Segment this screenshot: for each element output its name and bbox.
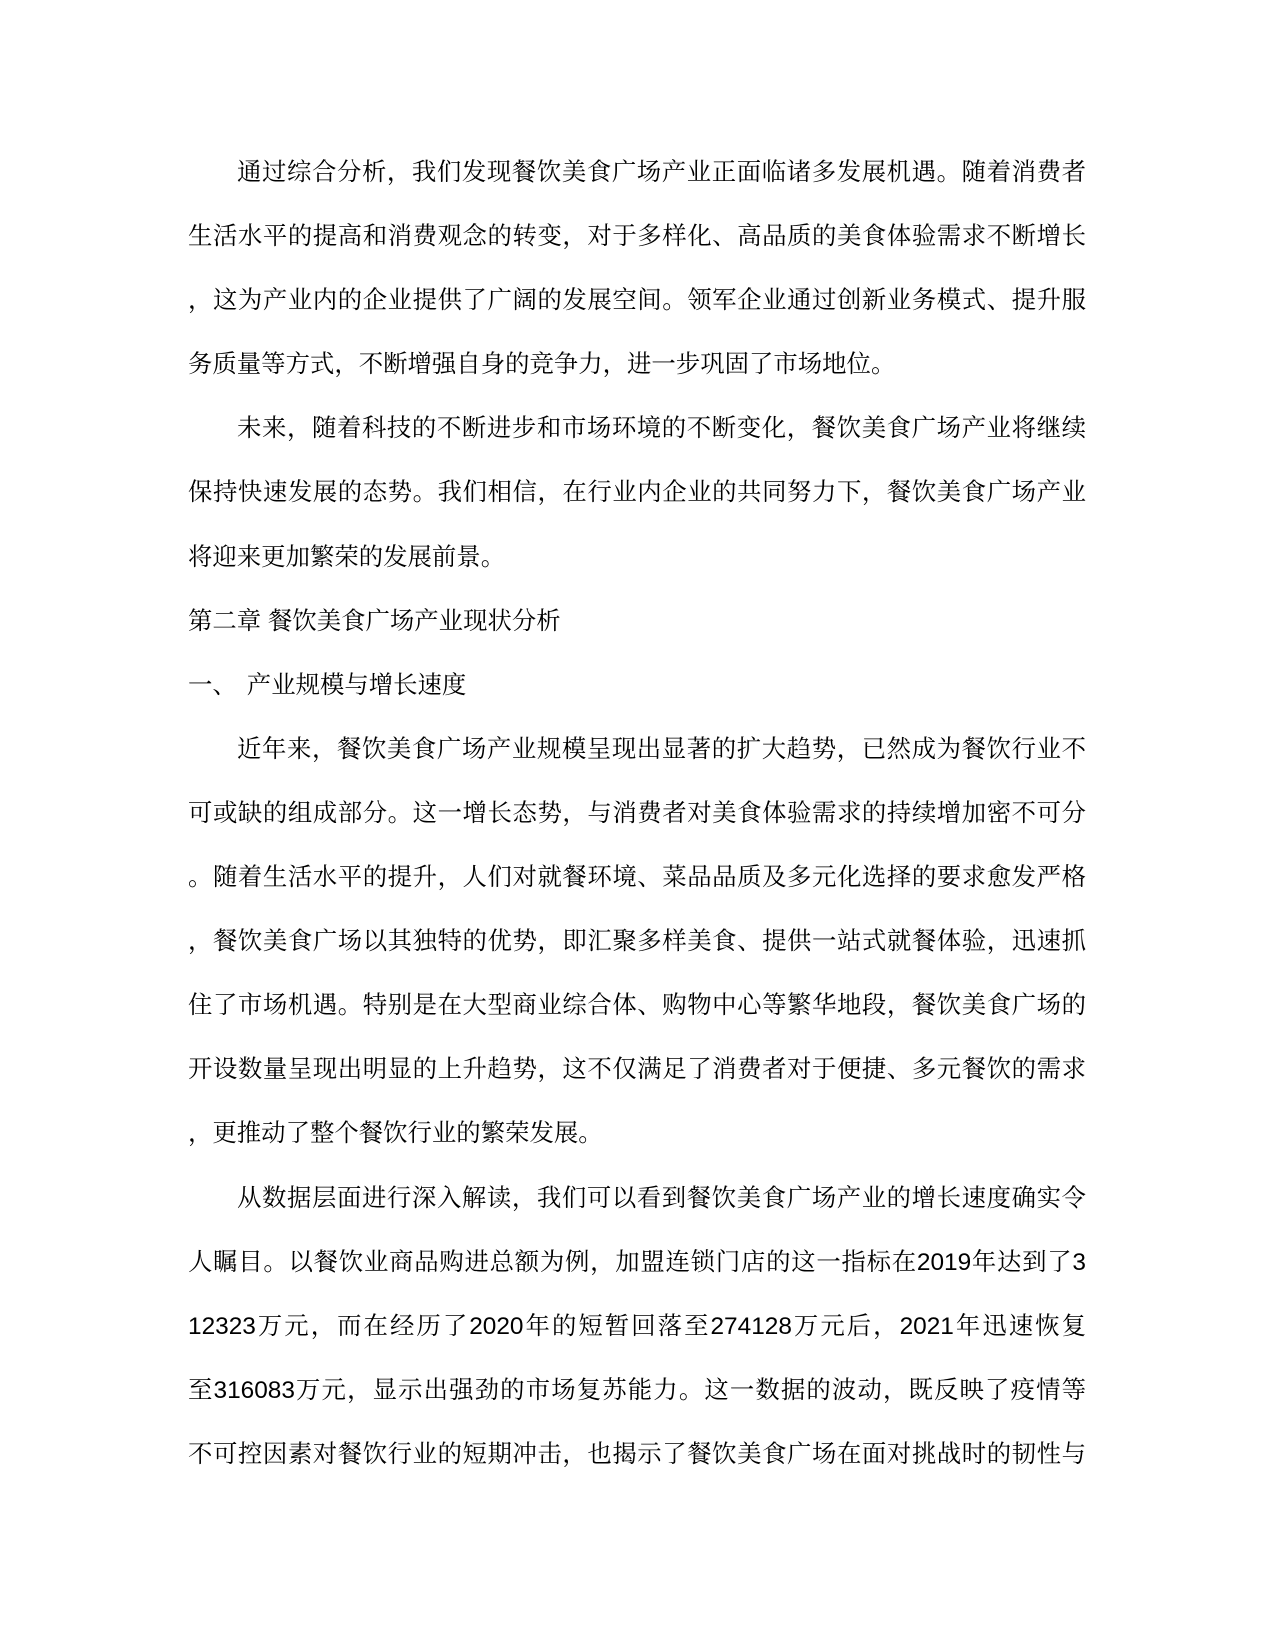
text-line: 至316083万元，显示出强劲的市场复苏能力。这一数据的波动，既反映了疫情等 bbox=[188, 1359, 1086, 1423]
section-title: 产业规模与增长速度 bbox=[247, 672, 467, 699]
text-line: 12323万元，而在经历了2020年的短暂回落至274128万元后，2021年迅… bbox=[188, 1295, 1086, 1359]
section-heading: 一、产业规模与增长速度 bbox=[188, 654, 1086, 718]
text-line: 。随着生活水平的提升，人们对就餐环境、菜品品质及多元化选择的要求愈发严格 bbox=[188, 846, 1086, 910]
section-number: 一、 bbox=[188, 672, 237, 699]
text-line: 不可控因素对餐饮行业的短期冲击，也揭示了餐饮美食广场在面对挑战时的韧性与 bbox=[188, 1423, 1086, 1487]
text-line: 一、产业规模与增长速度 bbox=[188, 654, 1086, 718]
text-line: ，更推动了整个餐饮行业的繁荣发展。 bbox=[188, 1102, 1086, 1166]
paragraph-4: 从数据层面进行深入解读，我们可以看到餐饮美食广场产业的增长速度确实令人瞩目。以餐… bbox=[188, 1167, 1086, 1487]
text-line: 开设数量呈现出明显的上升趋势，这不仅满足了消费者对于便捷、多元餐饮的需求 bbox=[188, 1038, 1086, 1102]
text-line: 保持快速发展的态势。我们相信，在行业内企业的共同努力下，餐饮美食广场产业 bbox=[188, 461, 1086, 525]
paragraph-1: 通过综合分析，我们发现餐饮美食广场产业正面临诸多发展机遇。随着消费者生活水平的提… bbox=[188, 141, 1086, 397]
text-line: 人瞩目。以餐饮业商品购进总额为例，加盟连锁门店的这一指标在2019年达到了3 bbox=[188, 1231, 1086, 1295]
text-line: 未来，随着科技的不断进步和市场环境的不断变化，餐饮美食广场产业将继续 bbox=[188, 397, 1086, 461]
text-line: 住了市场机遇。特别是在大型商业综合体、购物中心等繁华地段，餐饮美食广场的 bbox=[188, 974, 1086, 1038]
text-line: 生活水平的提高和消费观念的转变，对于多样化、高品质的美食体验需求不断增长 bbox=[188, 205, 1086, 269]
text-line: 从数据层面进行深入解读，我们可以看到餐饮美食广场产业的增长速度确实令 bbox=[188, 1167, 1086, 1231]
text-line: 第二章 餐饮美食广场产业现状分析 bbox=[188, 590, 1086, 654]
text-line: 将迎来更加繁荣的发展前景。 bbox=[188, 526, 1086, 590]
text-line: 近年来，餐饮美食广场产业规模呈现出显著的扩大趋势，已然成为餐饮行业不 bbox=[188, 718, 1086, 782]
document-page: 通过综合分析，我们发现餐饮美食广场产业正面临诸多发展机遇。随着消费者生活水平的提… bbox=[0, 0, 1275, 1650]
paragraph-2: 未来，随着科技的不断进步和市场环境的不断变化，餐饮美食广场产业将继续保持快速发展… bbox=[188, 397, 1086, 589]
text-line: ，餐饮美食广场以其独特的优势，即汇聚多样美食、提供一站式就餐体验，迅速抓 bbox=[188, 910, 1086, 974]
text-line: 通过综合分析，我们发现餐饮美食广场产业正面临诸多发展机遇。随着消费者 bbox=[188, 141, 1086, 205]
chapter-heading: 第二章 餐饮美食广场产业现状分析 bbox=[188, 590, 1086, 654]
text-line: 务质量等方式，不断增强自身的竞争力，进一步巩固了市场地位。 bbox=[188, 333, 1086, 397]
paragraph-3: 近年来，餐饮美食广场产业规模呈现出显著的扩大趋势，已然成为餐饮行业不可或缺的组成… bbox=[188, 718, 1086, 1167]
text-line: ，这为产业内的企业提供了广阔的发展空间。领军企业通过创新业务模式、提升服 bbox=[188, 269, 1086, 333]
text-line: 可或缺的组成部分。这一增长态势，与消费者对美食体验需求的持续增加密不可分 bbox=[188, 782, 1086, 846]
